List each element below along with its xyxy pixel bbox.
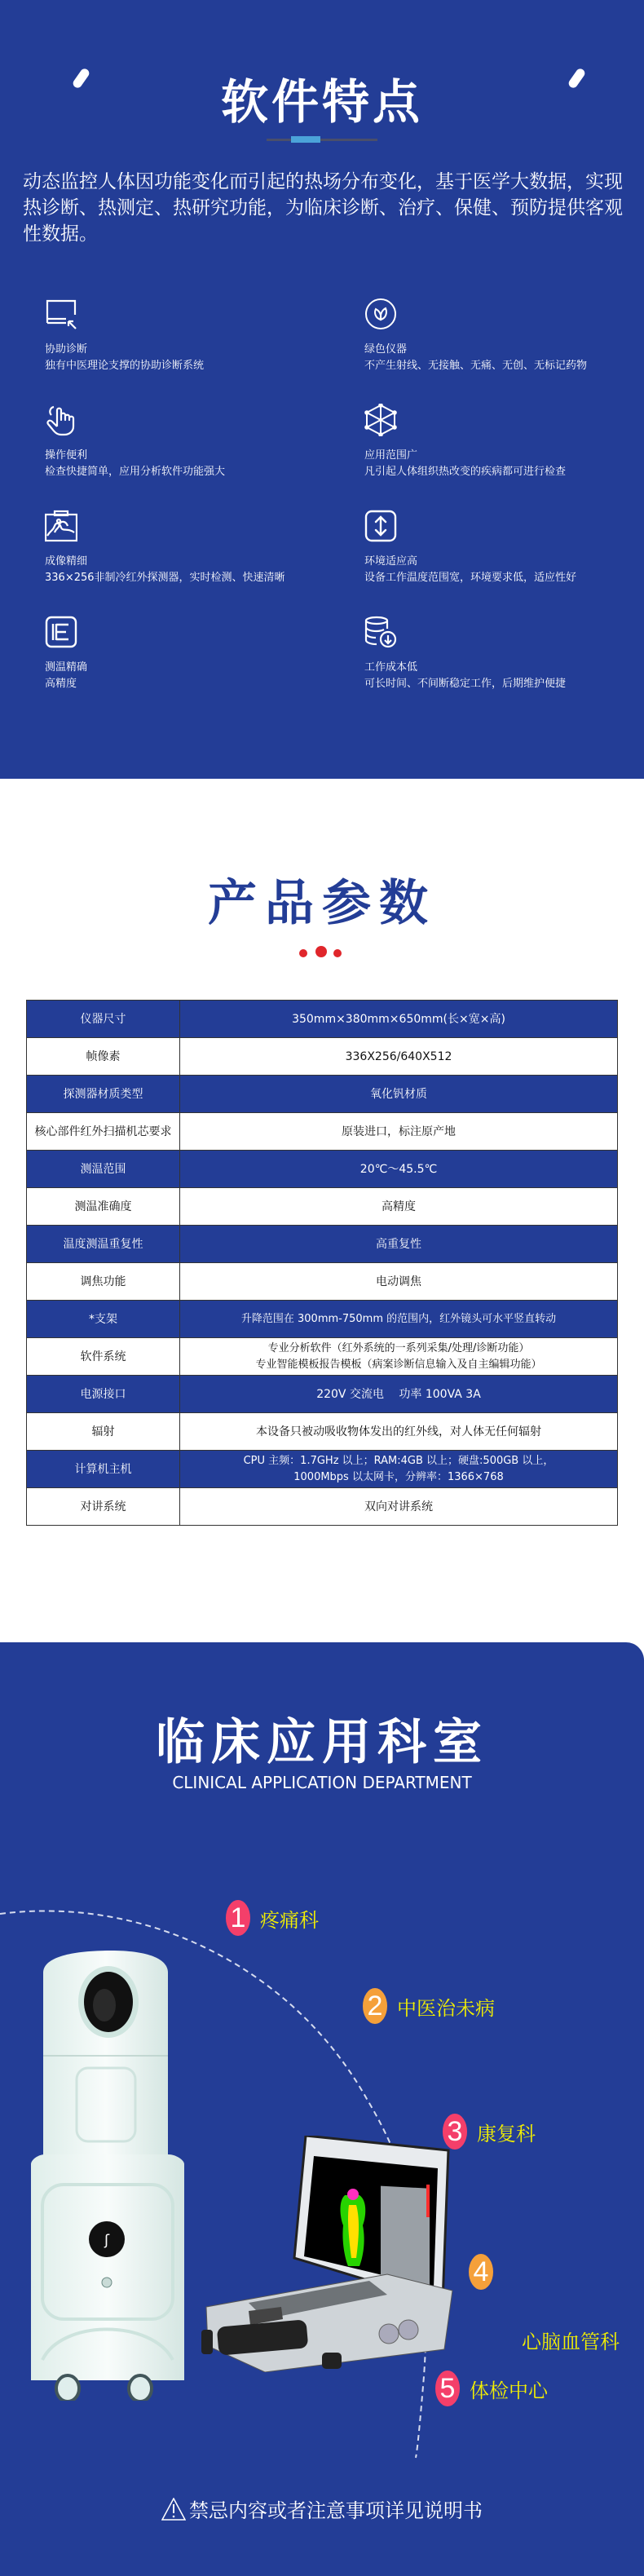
feature-name: 协助诊断	[45, 342, 314, 358]
feature-desc: 设备工作温度范围宽，环境要求低，适应性好	[364, 570, 633, 586]
table-row: 仪器尺寸350mm×380mm×650mm(长×宽×高)	[27, 1001, 618, 1038]
table-row: 测温范围20℃～45.5℃	[27, 1151, 618, 1188]
table-row: 核心部件红外扫描机芯要求原装进口，标注原产地	[27, 1113, 618, 1151]
spec-key: 仪器尺寸	[27, 1001, 180, 1038]
feature-desc: 独有中医理论支撑的协助诊断系统	[45, 358, 314, 374]
table-row: 软件系统专业分析软件（红外系统的一系列采集/处理/诊断功能） 专业智能模板报告模…	[27, 1338, 618, 1376]
decorative-dots-icon	[299, 946, 345, 957]
feature-name: 环境适应高	[364, 554, 633, 570]
pointing-hand-icon	[45, 404, 77, 436]
spec-value: 双向对讲系统	[180, 1488, 618, 1526]
table-row: 对讲系统双向对讲系统	[27, 1488, 618, 1526]
warning-text: 禁忌内容或者注意事项详见说明书	[189, 2494, 483, 2523]
spec-key: 核心部件红外扫描机芯要求	[27, 1113, 180, 1151]
spec-value: 电动调焦	[180, 1263, 618, 1301]
clinical-section: 临床应用科室 CLINICAL APPLICATION DEPARTMENT ʃ	[0, 1642, 644, 2576]
table-row: 调焦功能电动调焦	[27, 1263, 618, 1301]
department-item: 5 体检中心	[435, 2371, 548, 2406]
table-row: 计算机主机CPU 主频：1.7GHz 以上；RAM:4GB 以上；硬盘:500G…	[27, 1451, 618, 1488]
feature-desc: 可长时间、不间断稳定工作，后期维护便捷	[364, 676, 633, 692]
feature-name: 操作便利	[45, 448, 314, 464]
table-row: 电源接口220V 交流电 功率 100VA 3A	[27, 1376, 618, 1413]
feature-name: 成像精细	[45, 554, 314, 570]
department-label: 中医治未病	[397, 1992, 495, 2021]
spec-key: 测温范围	[27, 1151, 180, 1188]
feature-name: 应用范围广	[364, 448, 633, 464]
number-badge: 3	[443, 2114, 467, 2150]
warning-triangle-icon	[161, 2498, 186, 2521]
spec-key: 辐射	[27, 1413, 180, 1451]
rugged-laptop-image	[200, 2136, 461, 2372]
department-item: 2 中医治未病	[363, 1988, 495, 2024]
spec-value: 本设备只被动吸收物体发出的红外线，对人体无任何辐射	[180, 1413, 618, 1451]
department-label: 疼痛科	[260, 1904, 319, 1933]
spec-value: 336X256/640X512	[180, 1038, 618, 1076]
feature-name: 测温精确	[45, 660, 314, 676]
number-badge: 5	[435, 2371, 460, 2406]
spec-key: 计算机主机	[27, 1451, 180, 1488]
spec-value: 20℃～45.5℃	[180, 1151, 618, 1188]
specs-section: 产品参数 仪器尺寸350mm×380mm×650mm(长×宽×高) 帧像素336…	[0, 779, 644, 1642]
feature-item: 环境适应高 设备工作温度范围宽，环境要求低，适应性好	[364, 510, 633, 586]
spec-value: 专业分析软件（红外系统的一系列采集/处理/诊断功能） 专业智能模板报告模板（病案…	[180, 1338, 618, 1376]
spec-key: 电源接口	[27, 1376, 180, 1413]
department-label: 康复科	[477, 2118, 536, 2146]
feature-item: 协助诊断 独有中医理论支撑的协助诊断系统	[45, 298, 314, 374]
spec-key: 帧像素	[27, 1038, 180, 1076]
feature-item: 成像精细 336×256非制冷红外探测器，实时检测、快速清晰	[45, 510, 314, 586]
spec-value: 高精度	[180, 1188, 618, 1226]
spec-key: 温度测温重复性	[27, 1226, 180, 1263]
vertical-arrows-icon	[364, 510, 397, 542]
spec-value: 220V 交流电 功率 100VA 3A	[180, 1376, 618, 1413]
number-badge: 4	[469, 2254, 493, 2290]
features-title: 软件特点	[0, 64, 644, 132]
list-box-icon	[45, 616, 77, 648]
department-item: 3 康复科	[443, 2114, 536, 2150]
table-row: 帧像素336X256/640X512	[27, 1038, 618, 1076]
spec-key: 调焦功能	[27, 1263, 180, 1301]
spec-value: 350mm×380mm×650mm(长×宽×高)	[180, 1001, 618, 1038]
screen-arrow-icon	[45, 298, 77, 330]
spec-value: CPU 主频：1.7GHz 以上；RAM:4GB 以上；硬盘:500GB 以上，…	[180, 1451, 618, 1488]
spec-key: 探测器材质类型	[27, 1076, 180, 1113]
feature-desc: 不产生射线、无接触、无痛、无创、无标记药物	[364, 358, 633, 374]
table-row: 测温准确度高精度	[27, 1188, 618, 1226]
table-row: *支架升降范围在 300mm-750mm 的范围内，红外镜头可水平竖直转动	[27, 1301, 618, 1338]
number-badge: 1	[226, 1900, 250, 1936]
number-badge: 2	[363, 1988, 387, 2024]
spec-value: 氧化钒材质	[180, 1076, 618, 1113]
svg-text:ʃ: ʃ	[104, 2232, 110, 2249]
feature-item: 操作便利 检查快捷简单，应用分析软件功能强大	[45, 404, 314, 480]
table-row: 温度测温重复性高重复性	[27, 1226, 618, 1263]
specs-table: 仪器尺寸350mm×380mm×650mm(长×宽×高) 帧像素336X256/…	[26, 1000, 618, 1526]
spec-key: 对讲系统	[27, 1488, 180, 1526]
feature-item: 测温精确 高精度	[45, 616, 314, 692]
leaf-circle-icon	[364, 298, 397, 330]
spec-key: 软件系统	[27, 1338, 180, 1376]
feature-desc: 凡引起人体组织热改变的疾病都可进行检查	[364, 464, 633, 480]
department-label: 体检中心	[470, 2375, 548, 2403]
spec-value: 原装进口，标注原产地	[180, 1113, 618, 1151]
table-row: 探测器材质类型氧化钒材质	[27, 1076, 618, 1113]
feature-item: 工作成本低 可长时间、不间断稳定工作，后期维护便捷	[364, 616, 633, 692]
spec-key: *支架	[27, 1301, 180, 1338]
image-frame-icon	[45, 510, 77, 542]
spec-key: 测温准确度	[27, 1188, 180, 1226]
warning-notice: 禁忌内容或者注意事项详见说明书	[0, 2494, 644, 2523]
feature-item: 应用范围广 凡引起人体组织热改变的疾病都可进行检查	[364, 404, 633, 480]
title-divider	[267, 139, 377, 141]
feature-desc: 高精度	[45, 676, 314, 692]
department-item: 4	[469, 2254, 493, 2290]
department-item: 1 疼痛科	[226, 1900, 319, 1936]
features-section: 软件特点 动态监控人体因功能变化而引起的热场分布变化，基于医学大数据，实现热诊断…	[0, 0, 644, 779]
hexagon-network-icon	[364, 404, 397, 436]
feature-desc: 336×256非制冷红外探测器，实时检测、快速清晰	[45, 570, 314, 586]
feature-desc: 检查快捷简单，应用分析软件功能强大	[45, 464, 314, 480]
features-intro: 动态监控人体因功能变化而引起的热场分布变化，基于医学大数据，实现热诊断、热测定、…	[23, 169, 626, 247]
table-row: 辐射本设备只被动吸收物体发出的红外线，对人体无任何辐射	[27, 1413, 618, 1451]
specs-title: 产品参数	[0, 864, 644, 935]
feature-item: 绿色仪器 不产生射线、无接触、无痛、无创、无标记药物	[364, 298, 633, 374]
database-download-icon	[364, 616, 397, 648]
spec-value: 高重复性	[180, 1226, 618, 1263]
feature-name: 工作成本低	[364, 660, 633, 676]
department-label: 心脑血管科	[522, 2326, 620, 2354]
thermal-imager-cart-image: ʃ	[29, 1936, 189, 2401]
spec-value: 升降范围在 300mm-750mm 的范围内，红外镜头可水平竖直转动	[180, 1301, 618, 1338]
feature-name: 绿色仪器	[364, 342, 633, 358]
